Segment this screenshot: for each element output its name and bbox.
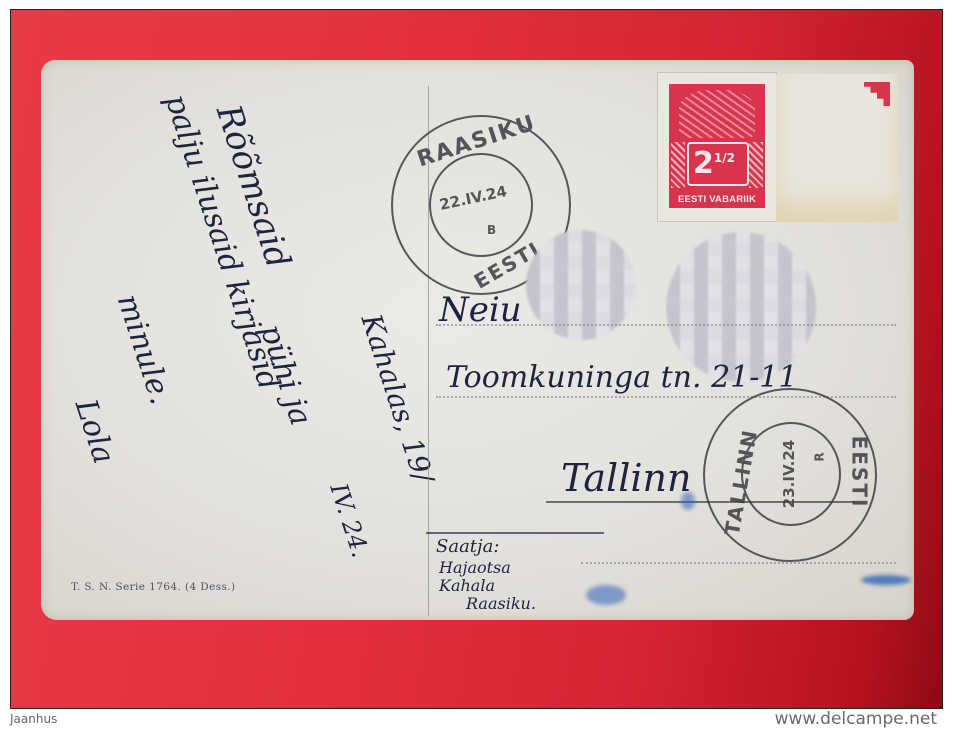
stamp-selvage [776, 74, 898, 222]
ink-stain [861, 575, 911, 585]
stamp-country: EESTI VABARIIK [671, 194, 763, 205]
ink-stain [586, 585, 626, 605]
seller-credit: Jaanhus [10, 712, 57, 726]
address-street: Toomkuninga tn. 21-11 [446, 360, 798, 395]
address-city: Tallinn [561, 456, 691, 500]
sender-line-3: Raasiku. [466, 594, 536, 613]
stamp-pattern-left [671, 142, 685, 188]
address-line-4 [581, 562, 896, 564]
ink-stain [681, 492, 695, 510]
stamp-pattern-right [749, 142, 763, 188]
stamp-value: 21/2 [693, 146, 735, 181]
sender-line-1: Hajaotsa [439, 558, 511, 577]
place-date-2: IV. 24. [324, 480, 374, 561]
postmark-tallinn: TALLINN 23.IV.24 R EESTI [703, 388, 877, 562]
signature: Lola [68, 395, 122, 468]
message-line-4: minule. [110, 290, 178, 409]
selvage-corner-mark [864, 82, 890, 106]
sender-line-2: Kahala [439, 576, 495, 595]
stamp-design: 21/2 EESTI VABARIIK [669, 84, 765, 208]
postcard: Rõõmsaid pühi ja palju ilusaid kirjasid … [41, 60, 914, 620]
stamp-figure-icon [679, 90, 755, 138]
photo-background: Rõõmsaid pühi ja palju ilusaid kirjasid … [10, 9, 943, 709]
address-name: Neiu [439, 290, 522, 330]
postmark-country: EESTI [847, 436, 871, 509]
postmark-letter: R [813, 452, 827, 461]
postmark-date: 23.IV.24 [780, 440, 798, 508]
sender-rule [426, 532, 604, 534]
printed-caption: T. S. N. Serie 1764. (4 Dess.) [71, 581, 236, 593]
postmark-letter: B [487, 223, 496, 237]
sender-label: Saatja: [436, 536, 499, 557]
site-credit: www.delcampe.net [775, 709, 937, 729]
postage-stamp: 21/2 EESTI VABARIIK [658, 73, 776, 221]
